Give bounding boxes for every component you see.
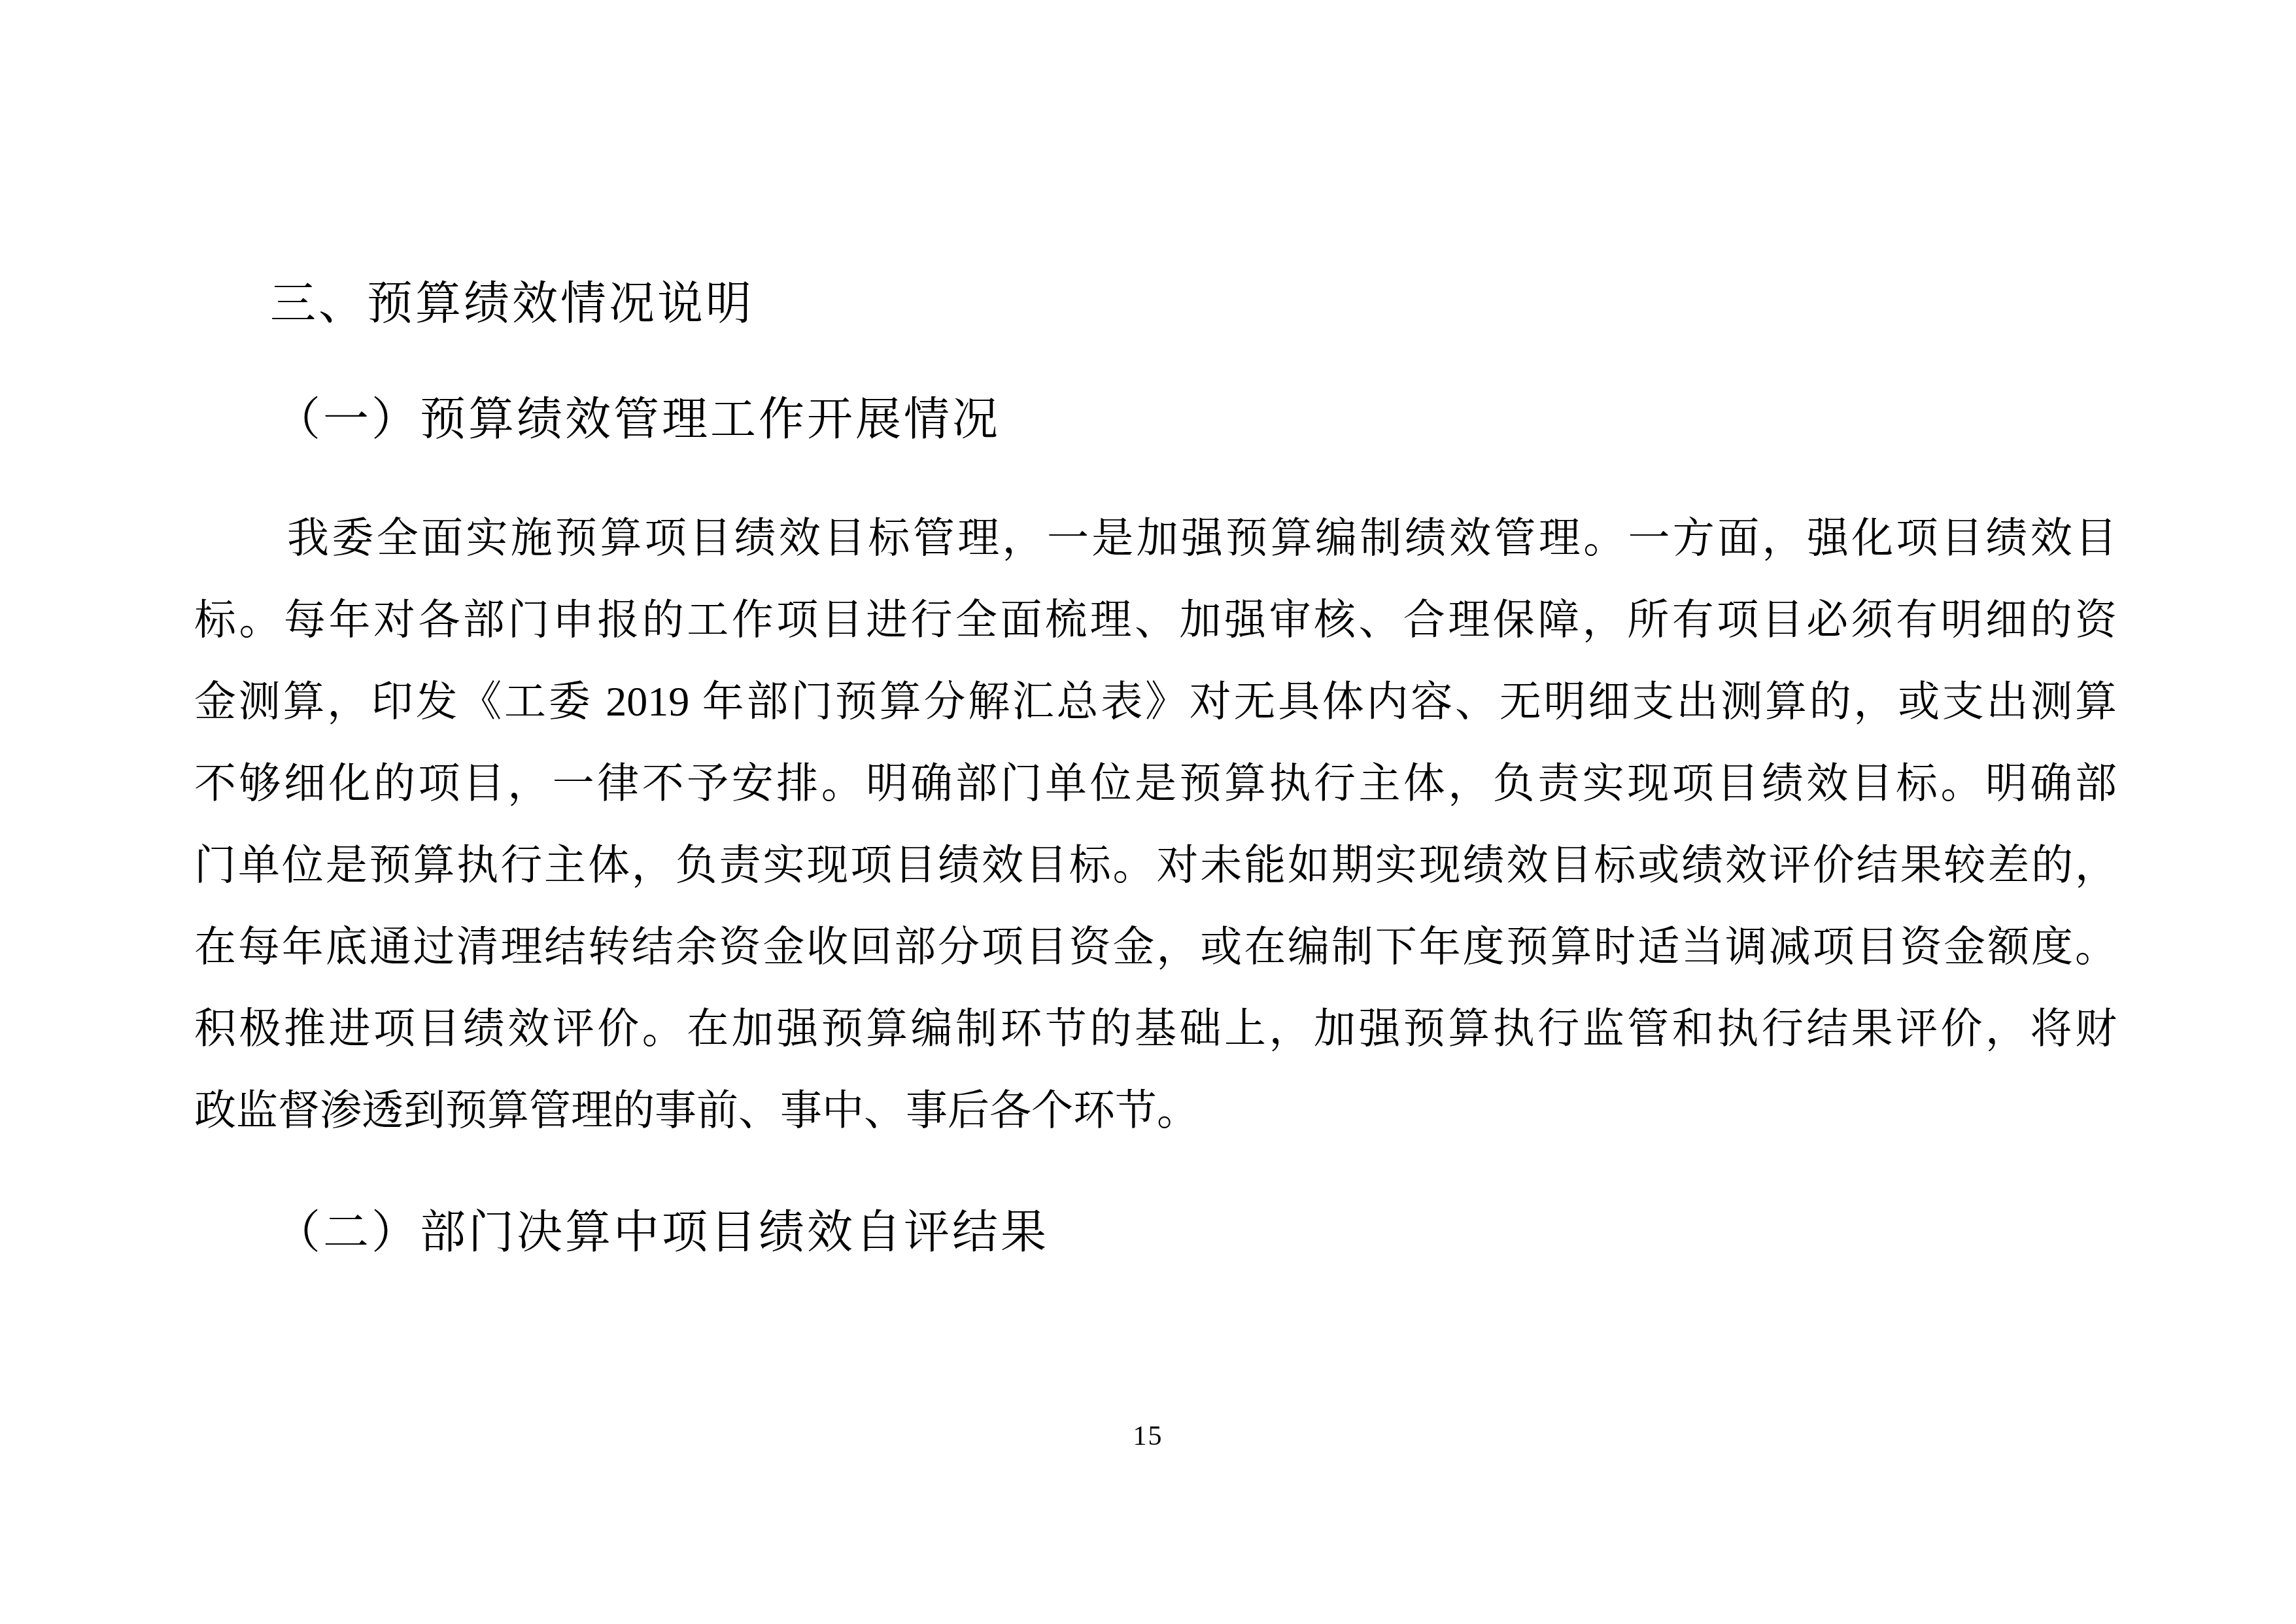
document-page: 三、预算绩效情况说明 （一）预算绩效管理工作开展情况 我委全面实施预算项目绩效目… [0, 0, 2296, 1624]
section-heading: 三、预算绩效情况说明 [270, 267, 754, 333]
subsection-heading-2: （二）部门决算中项目绩效自评结果 [275, 1196, 1049, 1262]
paragraph-line: 政监督渗透到预算管理的事前、事中、事后各个环节。 [194, 1069, 2117, 1151]
paragraph-line: 标。每年对各部门申报的工作项目进行全面梳理、加强审核、合理保障，所有项目必须有明… [194, 579, 2117, 661]
page-number: 15 [0, 1421, 2296, 1452]
paragraph-line: 金测算，印发《工委 2019 年部门预算分解汇总表》对无具体内容、无明细支出测算… [194, 661, 2117, 742]
body-paragraph: 我委全面实施预算项目绩效目标管理，一是加强预算编制绩效管理。一方面，强化项目绩效… [194, 497, 2117, 1151]
paragraph-line: 积极推进项目绩效评价。在加强预算编制环节的基础上，加强预算执行监管和执行结果评价… [194, 988, 2117, 1069]
paragraph-line: 我委全面实施预算项目绩效目标管理，一是加强预算编制绩效管理。一方面，强化项目绩效… [194, 497, 2117, 579]
subsection-heading-1: （一）预算绩效管理工作开展情况 [275, 383, 1001, 449]
paragraph-line: 在每年底通过清理结转结余资金收回部分项目资金，或在编制下年度预算时适当调减项目资… [194, 906, 2117, 988]
paragraph-line: 门单位是预算执行主体，负责实现项目绩效目标。对未能如期实现绩效目标或绩效评价结果… [194, 824, 2117, 906]
paragraph-line: 不够细化的项目，一律不予安排。明确部门单位是预算执行主体，负责实现项目绩效目标。… [194, 742, 2117, 824]
